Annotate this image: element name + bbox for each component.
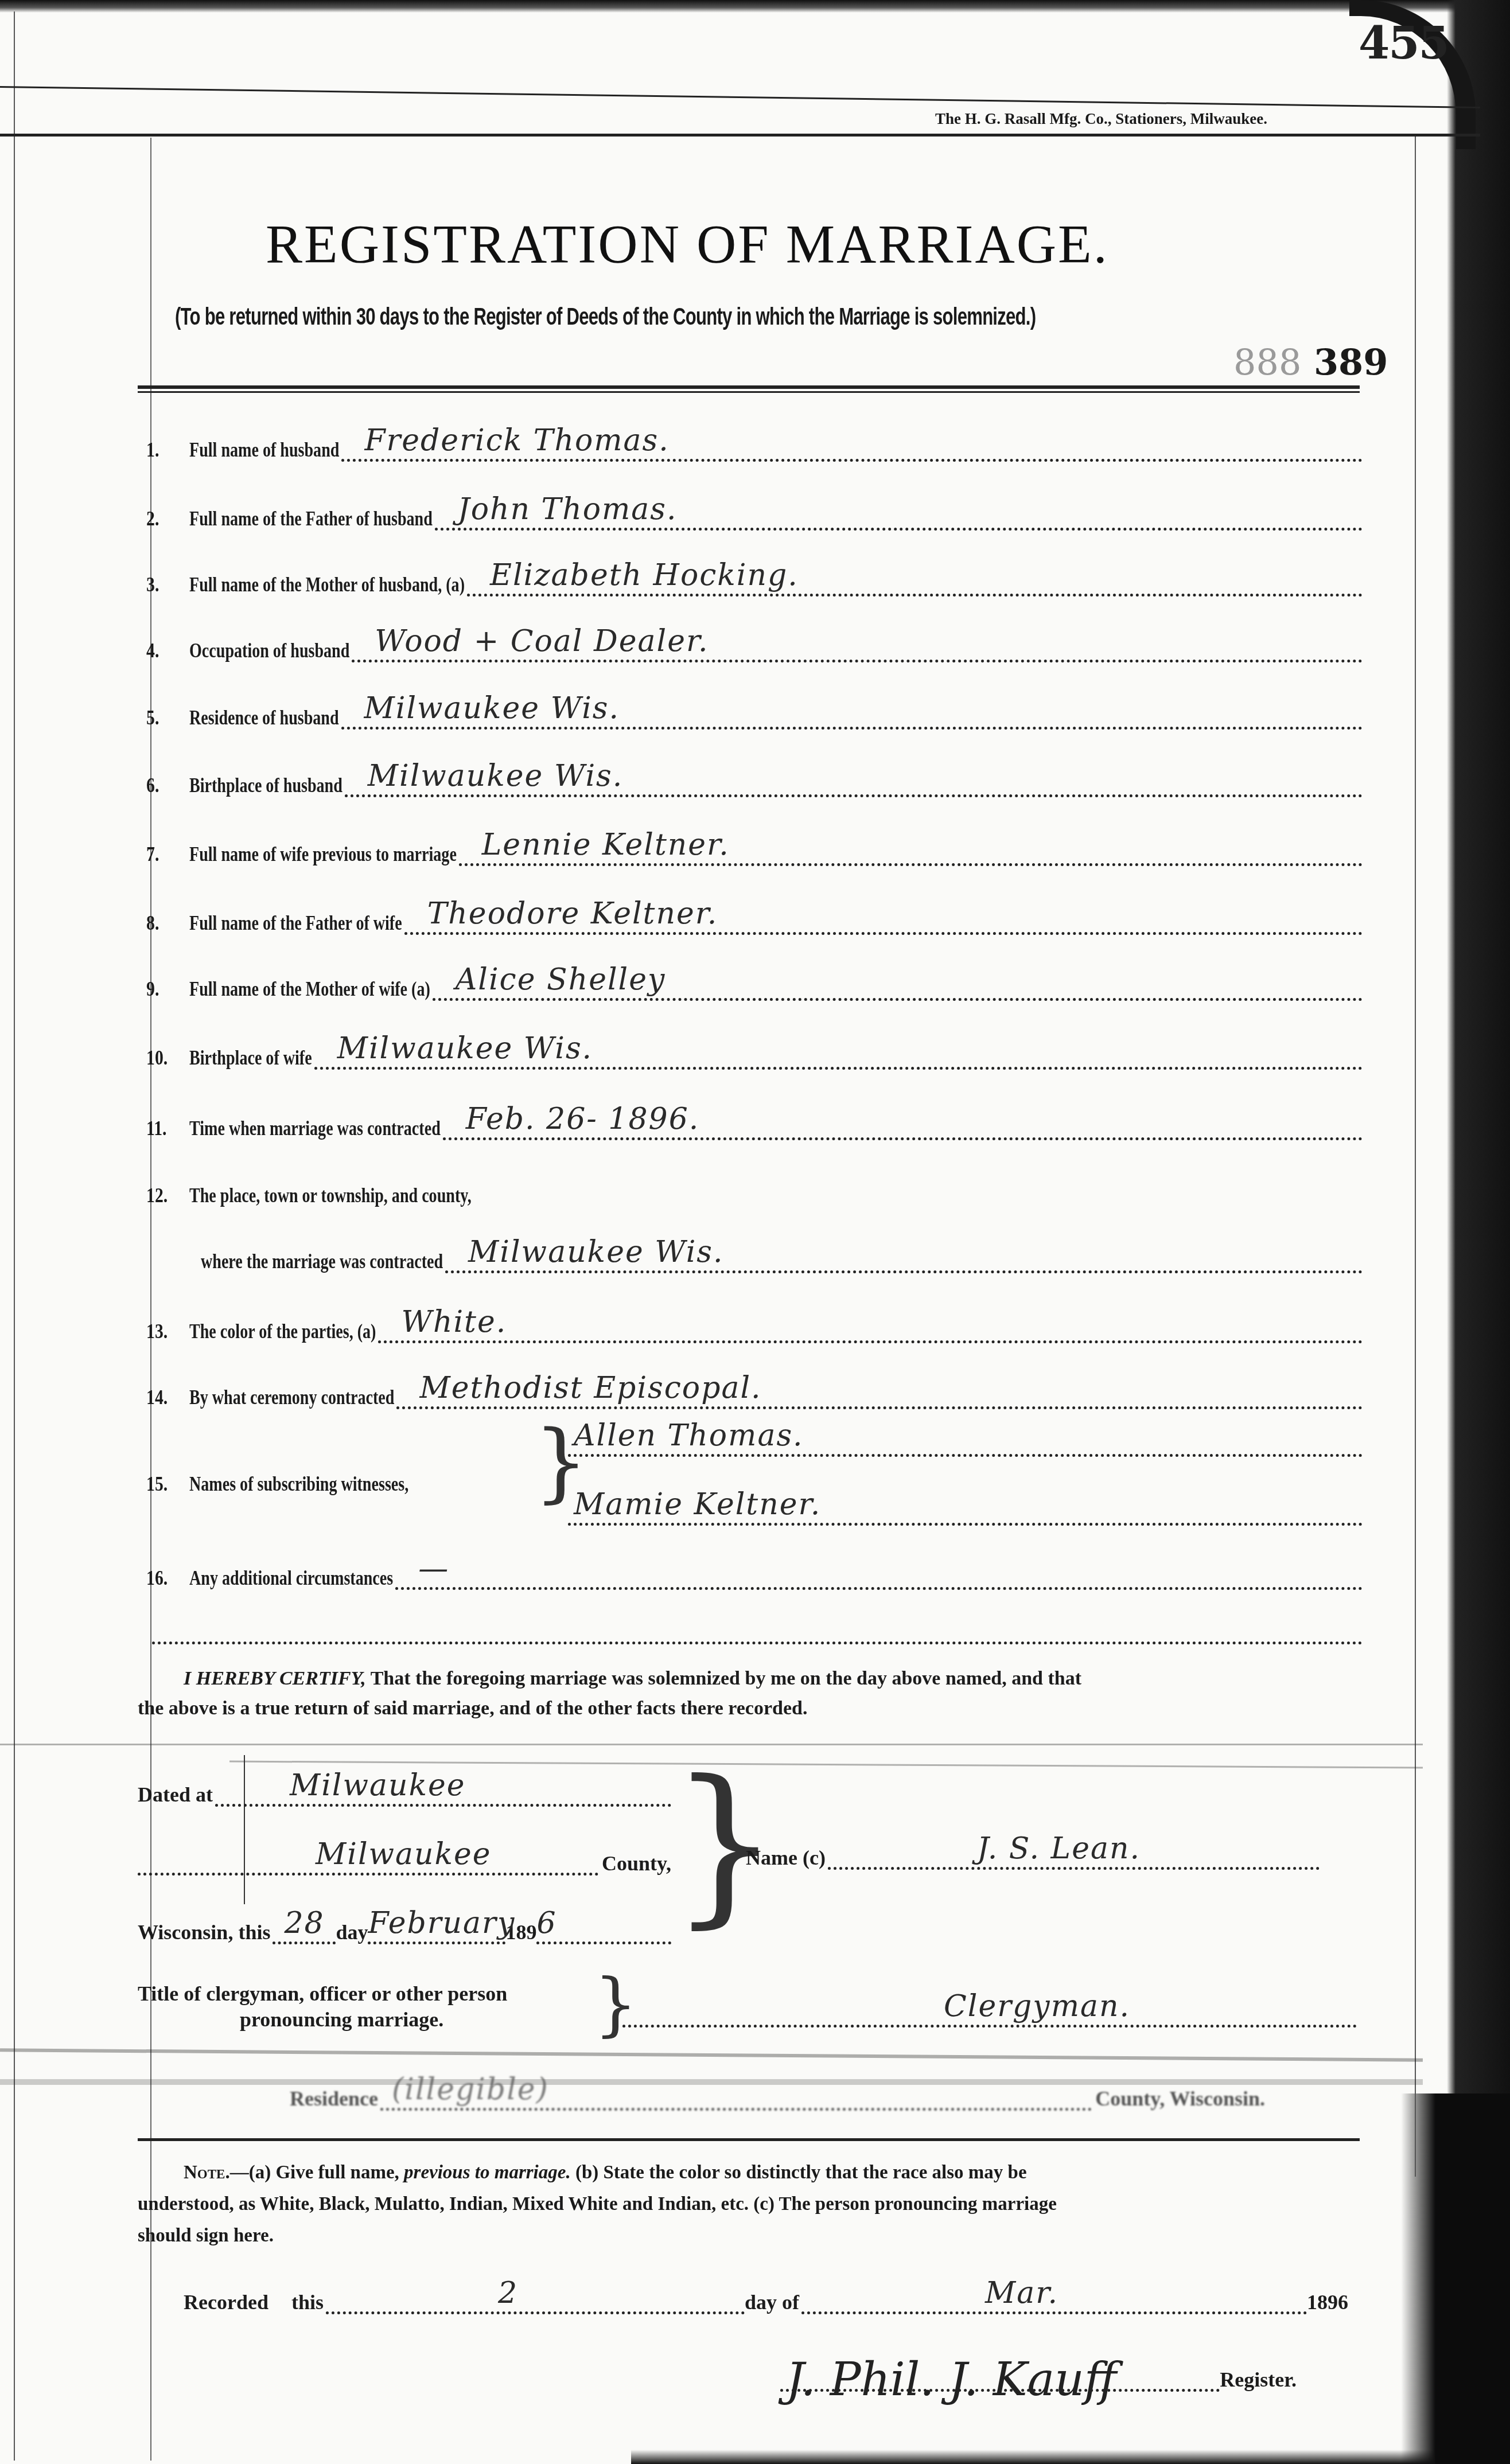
recorded-field[interactable]: Recorded this 2 day of Mar. 1896	[184, 2280, 1348, 2314]
dated-at-field[interactable]: Dated at Milwaukee	[138, 1772, 671, 1807]
field-row-16: 15.Names of subscribing witnesses,	[146, 1461, 548, 1496]
field-input[interactable]: Methodist Episcopal.	[396, 1381, 1363, 1409]
witness-name: Allen Thomas.	[574, 1418, 804, 1453]
field-row-11[interactable]: 11.Time when marriage was contractedFeb.…	[146, 1106, 1363, 1140]
field-row-6[interactable]: 6.Birthplace of husbandMilwaukee Wis.	[146, 763, 1363, 797]
field-input[interactable]: Milwaukee Wis.	[341, 701, 1363, 730]
field-value: Milwaukee Wis.	[368, 759, 623, 793]
field-value: Lennie Keltner.	[482, 828, 730, 862]
field-label: Names of subscribing witnesses,	[189, 1472, 360, 1496]
residence-value: (illegible)	[392, 2072, 549, 2107]
note-line-3: should sign here.	[138, 2225, 274, 2247]
officiant-name-field[interactable]: Name (c) J. S. Lean.	[746, 1835, 1320, 1870]
title-double-rule-1	[138, 385, 1360, 389]
additional-circumstances-line-2[interactable]	[152, 1613, 1363, 1644]
field-value: Wood + Coal Dealer.	[375, 624, 709, 658]
certify-text-1: That the foregoing marriage was solemniz…	[366, 1668, 1081, 1689]
note-line-1a: —(a) Give full name,	[230, 2162, 404, 2183]
field-value: White.	[401, 1305, 507, 1339]
page-title: REGISTRATION OF MARRIAGE.	[266, 212, 1109, 276]
page-subtitle: (To be returned within 30 days to the Re…	[175, 303, 1036, 330]
field-label: Residence of husband	[189, 705, 306, 730]
field-label: Full name of the Father of wife	[189, 911, 355, 935]
title-double-rule-2	[138, 391, 1360, 393]
header-bottom-rule	[0, 134, 1480, 137]
printer-imprint: The H. G. Rasall Mfg. Co., Stationers, M…	[935, 110, 1267, 128]
field-row-8[interactable]: 8.Full name of the Father of wifeTheodor…	[146, 900, 1363, 935]
binding-rule	[14, 11, 15, 2461]
note-line-1-italic: previous to marriage.	[404, 2162, 571, 2183]
field-input[interactable]: —	[395, 1562, 1363, 1590]
field-row-17[interactable]: 16.Any additional circumstances—	[146, 1555, 1363, 1590]
day-value: 28	[284, 1906, 324, 1940]
field-number: 10.	[146, 1047, 183, 1070]
record-number: 888 389	[1233, 341, 1388, 383]
scan-streak	[0, 2048, 1423, 2061]
field-number: 14.	[146, 1386, 183, 1409]
year-suffix: 6	[536, 1906, 556, 1940]
field-row-13[interactable]: where the marriage was contractedMilwauk…	[146, 1239, 1363, 1273]
residence-label: Residence	[290, 2087, 378, 2111]
residence-suffix: County, Wisconsin.	[1095, 2087, 1265, 2111]
residence-field[interactable]: Residence (illegible) County, Wisconsin.	[290, 2076, 1265, 2111]
field-number: 13.	[146, 1320, 183, 1343]
scan-edge-top	[0, 0, 1510, 13]
county-value: Milwaukee	[316, 1837, 492, 1872]
field-row-4[interactable]: 4.Occupation of husbandWood + Coal Deale…	[146, 628, 1363, 662]
field-label: Full name of husband	[189, 438, 306, 462]
county-label: County,	[602, 1851, 671, 1876]
field-value: Theodore Keltner.	[427, 896, 718, 931]
field-label: Full name of the Mother of wife (a)	[189, 977, 377, 1001]
witness-field-2[interactable]: Mamie Keltner.	[568, 1491, 1363, 1526]
county-field[interactable]: Milwaukee County,	[138, 1841, 671, 1876]
field-value: Elizabeth Hocking.	[490, 558, 799, 592]
field-value: John Thomas.	[458, 492, 678, 527]
record-number-faint: 888	[1233, 341, 1301, 383]
field-number: 11.	[146, 1117, 183, 1140]
field-input[interactable]: John Thomas.	[435, 502, 1363, 531]
note-line-2: understood, as White, Black, Mulatto, In…	[138, 2194, 1057, 2215]
field-row-3[interactable]: 3.Full name of the Mother of husband, (a…	[146, 562, 1363, 596]
certify-lead: I HEREBY CERTIFY,	[184, 1668, 366, 1689]
field-value: —	[418, 1551, 449, 1586]
field-input[interactable]: Milwaukee Wis.	[445, 1245, 1363, 1273]
dated-at-label: Dated at	[138, 1783, 213, 1807]
field-value: Milwaukee Wis.	[468, 1235, 723, 1269]
field-row-7[interactable]: 7.Full name of wife previous to marriage…	[146, 832, 1363, 866]
field-label: By what ceremony contracted	[189, 1385, 349, 1409]
month-value: February	[368, 1906, 515, 1940]
field-input[interactable]: Theodore Keltner.	[404, 907, 1363, 935]
field-number: 2.	[146, 508, 183, 531]
field-value: Feb. 26- 1896.	[466, 1102, 700, 1136]
field-input[interactable]: Elizabeth Hocking.	[467, 568, 1363, 596]
page-number: 455	[1359, 17, 1449, 69]
field-value: Methodist Episcopal.	[419, 1371, 761, 1405]
field-row-10[interactable]: 10.Birthplace of wifeMilwaukee Wis.	[146, 1035, 1363, 1070]
recorded-year: 1896	[1307, 2290, 1348, 2314]
wisconsin-this-label: Wisconsin, this	[138, 1920, 270, 1944]
officiant-name-label: Name (c)	[746, 1846, 826, 1870]
field-number: 15.	[146, 1473, 183, 1496]
field-label: Full name of wife previous to marriage	[189, 842, 398, 866]
field-label: Time when marriage was contracted	[189, 1116, 385, 1140]
record-number-main: 389	[1314, 341, 1388, 383]
day-label: day	[336, 1920, 368, 1944]
recorded-month-value: Mar.	[985, 2276, 1058, 2310]
field-input[interactable]: Milwaukee Wis.	[345, 769, 1363, 797]
field-label: Any additional circumstances	[189, 1566, 348, 1590]
register-signature: J. Phil. J. Kauff	[786, 2353, 1116, 2406]
left-margin-rule	[150, 138, 151, 2461]
field-label: The color of the parties, (a)	[189, 1319, 335, 1343]
scan-streak	[229, 1761, 1423, 1769]
officiant-title-label-1: Title of clergyman, officer or other per…	[138, 1982, 507, 2006]
register-label: Register.	[1220, 2368, 1297, 2392]
field-input[interactable]: White.	[378, 1315, 1363, 1343]
field-value: Frederick Thomas.	[364, 423, 669, 458]
note-line-1b: (b) State the color so distinctly that t…	[571, 2162, 1027, 2183]
field-label: Birthplace of husband	[189, 773, 309, 797]
field-number: 6.	[146, 774, 183, 797]
field-label: Full name of the Mother of husband, (a)	[189, 572, 404, 596]
field-input[interactable]: Alice Shelley	[433, 973, 1363, 1001]
dated-at-value: Milwaukee	[290, 1768, 466, 1803]
field-input[interactable]: Frederick Thomas.	[341, 434, 1363, 462]
note-separator-rule	[138, 2138, 1360, 2141]
field-number: 12.	[146, 1184, 183, 1207]
scan-edge-right-bottom	[1401, 2093, 1510, 2464]
officiant-name-value: J. S. Lean.	[977, 1831, 1141, 1866]
field-value: Milwaukee Wis.	[337, 1031, 593, 1066]
officiant-title-field[interactable]: Clergyman.	[622, 1993, 1357, 2028]
field-value: Alice Shelley	[456, 962, 666, 997]
field-number: 7.	[146, 843, 183, 866]
field-row-9[interactable]: 9.Full name of the Mother of wife (a)Ali…	[146, 966, 1363, 1001]
field-number: 9.	[146, 978, 183, 1001]
field-number: 4.	[146, 640, 183, 662]
recorded-this-label: this	[291, 2290, 324, 2314]
recorded-day-of-label: day of	[745, 2290, 799, 2314]
witness-name: Mamie Keltner.	[574, 1487, 821, 1522]
field-number: 3.	[146, 574, 183, 596]
field-number: 1.	[146, 439, 183, 462]
right-margin-rule	[1415, 135, 1416, 2177]
certify-line-2: the above is a true return of said marri…	[138, 1698, 807, 1720]
field-row-2[interactable]: 2.Full name of the Father of husbandJohn…	[146, 496, 1363, 531]
field-input[interactable]: Lennie Keltner.	[459, 838, 1363, 866]
field-row-1[interactable]: 1.Full name of husbandFrederick Thomas.	[146, 427, 1363, 462]
field-number: 16.	[146, 1567, 183, 1590]
recorded-label: Recorded	[184, 2290, 268, 2314]
field-number: 8.	[146, 912, 183, 935]
register-signature-field[interactable]: J. Phil. J. Kauff Register.	[780, 2357, 1297, 2392]
field-label: Full name of the Father of husband	[189, 506, 379, 531]
field-value: Milwaukee Wis.	[364, 691, 620, 726]
scan-edge-bottom	[631, 2450, 1434, 2464]
field-label: where the marriage was contracted	[201, 1249, 390, 1273]
note-lead: Note.	[184, 2162, 230, 2183]
field-input[interactable]: Milwaukee Wis.	[314, 1042, 1363, 1070]
field-input[interactable]: Wood + Coal Dealer.	[352, 634, 1363, 662]
date-field[interactable]: Wisconsin, this 28 day February 189 6	[138, 1910, 671, 1944]
field-row-5[interactable]: 5.Residence of husbandMilwaukee Wis.	[146, 695, 1363, 730]
officiant-title-label-2: pronouncing marriage.	[240, 2007, 443, 2032]
field-row-15[interactable]: 14.By what ceremony contractedMethodist …	[146, 1375, 1363, 1409]
witness-field-1[interactable]: Allen Thomas.	[568, 1422, 1363, 1457]
header-top-rule	[0, 86, 1480, 108]
field-number: 5.	[146, 707, 183, 730]
field-label: Occupation of husband	[189, 638, 314, 662]
recorded-day-value: 2	[498, 2276, 518, 2310]
note-line-1: Note.—(a) Give full name, previous to ma…	[184, 2162, 1027, 2184]
field-row-12: 12.The place, town or township, and coun…	[146, 1173, 1363, 1207]
certify-line-1: I HEREBY CERTIFY, That the foregoing mar…	[184, 1668, 1081, 1690]
field-row-14[interactable]: 13.The color of the parties, (a)White.	[146, 1309, 1363, 1343]
field-label: The place, town or township, and county,	[189, 1183, 410, 1207]
field-label: Birthplace of wife	[189, 1046, 285, 1070]
officiant-title-value: Clergyman.	[944, 1989, 1130, 2024]
field-input[interactable]: Feb. 26- 1896.	[443, 1112, 1363, 1140]
